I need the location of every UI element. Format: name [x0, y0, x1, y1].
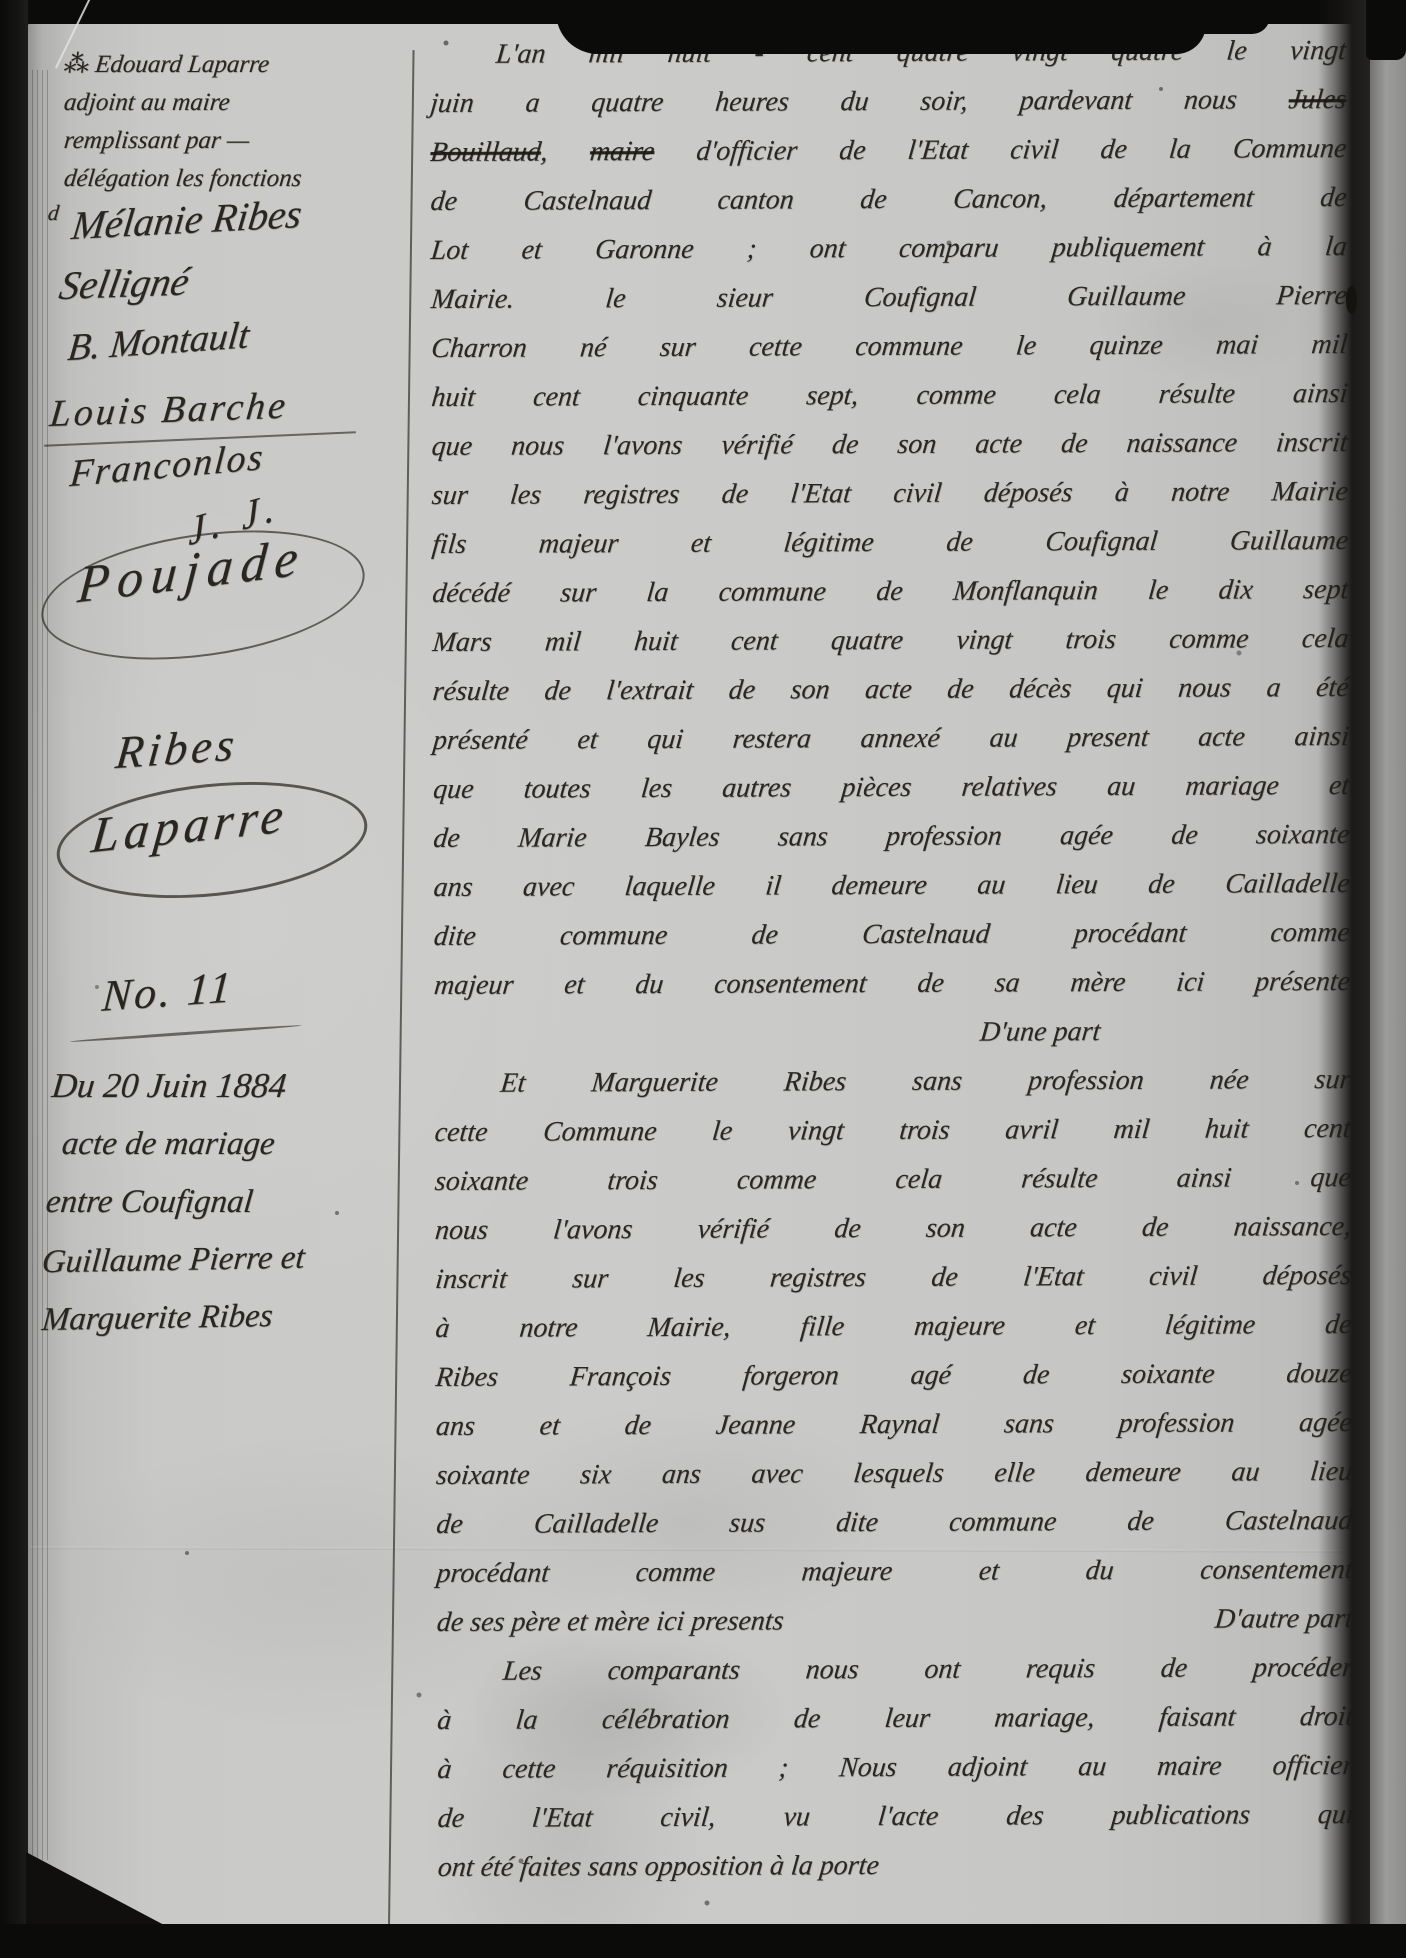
margin-act-title-line: Marguerite Ribes — [40, 1298, 274, 1339]
act-line: ont été faites sans opposition à la port… — [436, 1839, 1357, 1892]
act-line: cette Commune le vingt trois avril mil h… — [432, 1104, 1353, 1157]
margin-act-title-line: entre Coufignal — [44, 1184, 255, 1221]
act-line: Les comparants nous ont requis de procéd… — [435, 1643, 1356, 1696]
margin-act-title-line: acte de mariage — [60, 1126, 276, 1163]
act-line: à la célébration de leur mariage, faisan… — [435, 1692, 1356, 1745]
next-page-edge — [1370, 0, 1406, 1958]
act-line: décédé sur la commune de Monflanquin le … — [430, 565, 1351, 618]
act-line: soixante trois comme cela résulte ainsi … — [433, 1153, 1354, 1206]
act-line: sur les registres de l'Etat civil déposé… — [430, 467, 1351, 520]
book-spine-edge-lines — [32, 70, 50, 1860]
act-line-dune-part: D'une part — [432, 1006, 1353, 1059]
record-number: No. 11 — [100, 961, 235, 1022]
scan-border-left — [0, 0, 28, 1958]
act-line: dite commune de Castelnaud procédant com… — [431, 908, 1352, 961]
act-line: Bouillaud, maire d'officier de l'Etat ci… — [428, 124, 1349, 177]
act-line: ans avec laquelle il demeure au lieu de … — [431, 859, 1352, 912]
struck-word: Bouillaud — [429, 137, 543, 168]
act-line: soixante six ans avec lesquels elle deme… — [434, 1447, 1355, 1500]
act-body: L'an mil huit - cent quatre vingt quatre… — [430, 26, 1354, 1892]
act-line: ans et de Jeanne Raynal sans profession … — [434, 1398, 1355, 1451]
act-line: à notre Mairie, fille majeure et légitim… — [433, 1300, 1354, 1353]
margin-note-line: ⁂ Edouard Laparre — [62, 46, 271, 84]
act-line: de Marie Bayles sans profession agée de … — [431, 810, 1352, 863]
act-line: juin a quatre heures du soir, pardevant … — [428, 75, 1349, 128]
signature-selligne: Selligné — [56, 257, 193, 309]
act-line: procédant comme majeure et du consenteme… — [434, 1545, 1355, 1598]
act-line: présenté et qui restera annexé au presen… — [431, 712, 1352, 765]
scan-border-top-blob — [556, 0, 1206, 54]
scan-border-top-blob — [1150, 0, 1270, 34]
act-line: nous l'avons vérifié de son acte de nais… — [433, 1202, 1354, 1255]
struck-word: maire — [589, 136, 656, 167]
margin-note-line: adjoint au maire — [62, 84, 232, 122]
act-line: de Cailladelle sus dite commune de Caste… — [434, 1496, 1355, 1549]
page-gutter-shadow — [1318, 0, 1370, 1958]
act-line: à cette réquisition ; Nous adjoint au ma… — [435, 1741, 1356, 1794]
act-line-dautre-part: de ses père et mère ici presentsD'autre … — [434, 1594, 1355, 1647]
act-line: Charron né sur cette commune le quinze m… — [429, 320, 1350, 373]
margin-date: Du 20 Juin 1884 — [50, 1066, 289, 1106]
act-line: de Castelnaud canton de Cancon, départem… — [428, 173, 1349, 226]
margin-act-title-line: Guillaume Pierre et — [40, 1240, 306, 1282]
signature-ribes: Ribes — [113, 717, 241, 779]
act-line: de l'Etat civil, vu l'acte des publicati… — [435, 1790, 1356, 1843]
act-line: inscrit sur les registres de l'Etat civi… — [433, 1251, 1354, 1304]
act-line: fils majeur et légitime de Coufignal Gui… — [430, 516, 1351, 569]
scan-corner-top-right — [1366, 0, 1406, 60]
act-line: Et Marguerite Ribes sans profession née … — [432, 1055, 1353, 1108]
act-line: que toutes les autres pièces relatives a… — [431, 761, 1352, 814]
act-line: huit cent cinquante sept, comme cela rés… — [429, 369, 1350, 422]
act-line: Ribes François forgeron agé de soixante … — [433, 1349, 1354, 1402]
margin-note-line: remplissant par — — [62, 122, 251, 160]
act-line: Mairie. le sieur Coufignal Guillaume Pie… — [429, 271, 1350, 324]
act-line: Mars mil huit cent quatre vingt trois co… — [430, 614, 1351, 667]
scan-border-bottom — [0, 1924, 1406, 1958]
act-line: résulte de l'extrait de son acte de décè… — [430, 663, 1351, 716]
act-line: que nous l'avons vérifié de son acte de … — [429, 418, 1350, 471]
act-line: majeur et du consentement de sa mère ici… — [432, 957, 1353, 1010]
document-scan: ⁂ Edouard Laparre adjoint au maire rempl… — [0, 0, 1406, 1958]
ink-blob-page-edge — [1346, 286, 1357, 314]
act-line: Lot et Garonne ; ont comparu publiquemen… — [428, 222, 1349, 275]
signature-louis-barche: Louis Barche — [48, 384, 291, 437]
